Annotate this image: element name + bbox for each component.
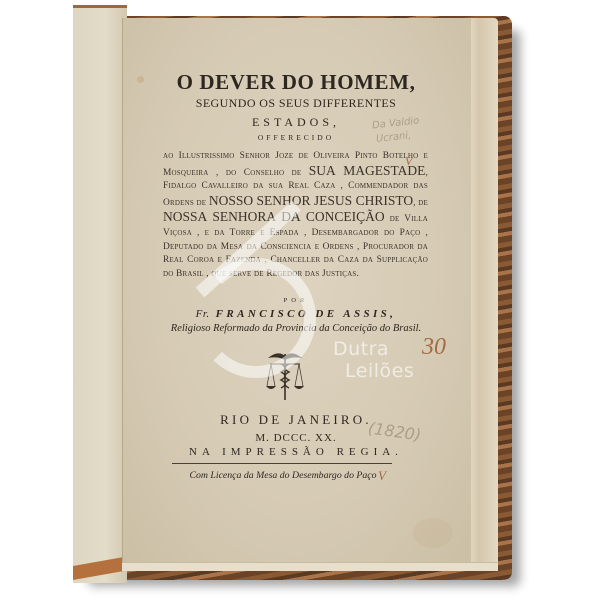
left-flyleaf: [73, 5, 127, 583]
book-title: O DEVER DO HOMEM,: [122, 70, 470, 95]
watermark-text-dutra: Dutra: [333, 338, 389, 360]
licence-line: Com Licença da Mesa do Desembargo do Paç…: [168, 470, 398, 481]
horizontal-rule: [172, 463, 392, 464]
book-subtitle: SEGUNDO OS SEUS DIFFERENTES: [122, 96, 470, 111]
handwritten-number: 30: [422, 334, 446, 361]
dedication-text: ao Illustrissimo Senhor Joze de Oliveira…: [163, 150, 428, 281]
handwritten-check-mark: V: [405, 154, 412, 169]
antique-book-photo: O DEVER DO HOMEM, SEGUNDO OS SEUS DIFFER…: [0, 0, 600, 600]
offerecido-label: OFFERECIDO: [122, 133, 470, 142]
handwritten-licence-mark: V: [378, 468, 386, 484]
page-bottom-edge: [122, 562, 498, 571]
watermark-text-leiloes: Leilões: [345, 360, 414, 382]
publisher: NA IMPRESSÃO REGIA.: [122, 446, 470, 458]
